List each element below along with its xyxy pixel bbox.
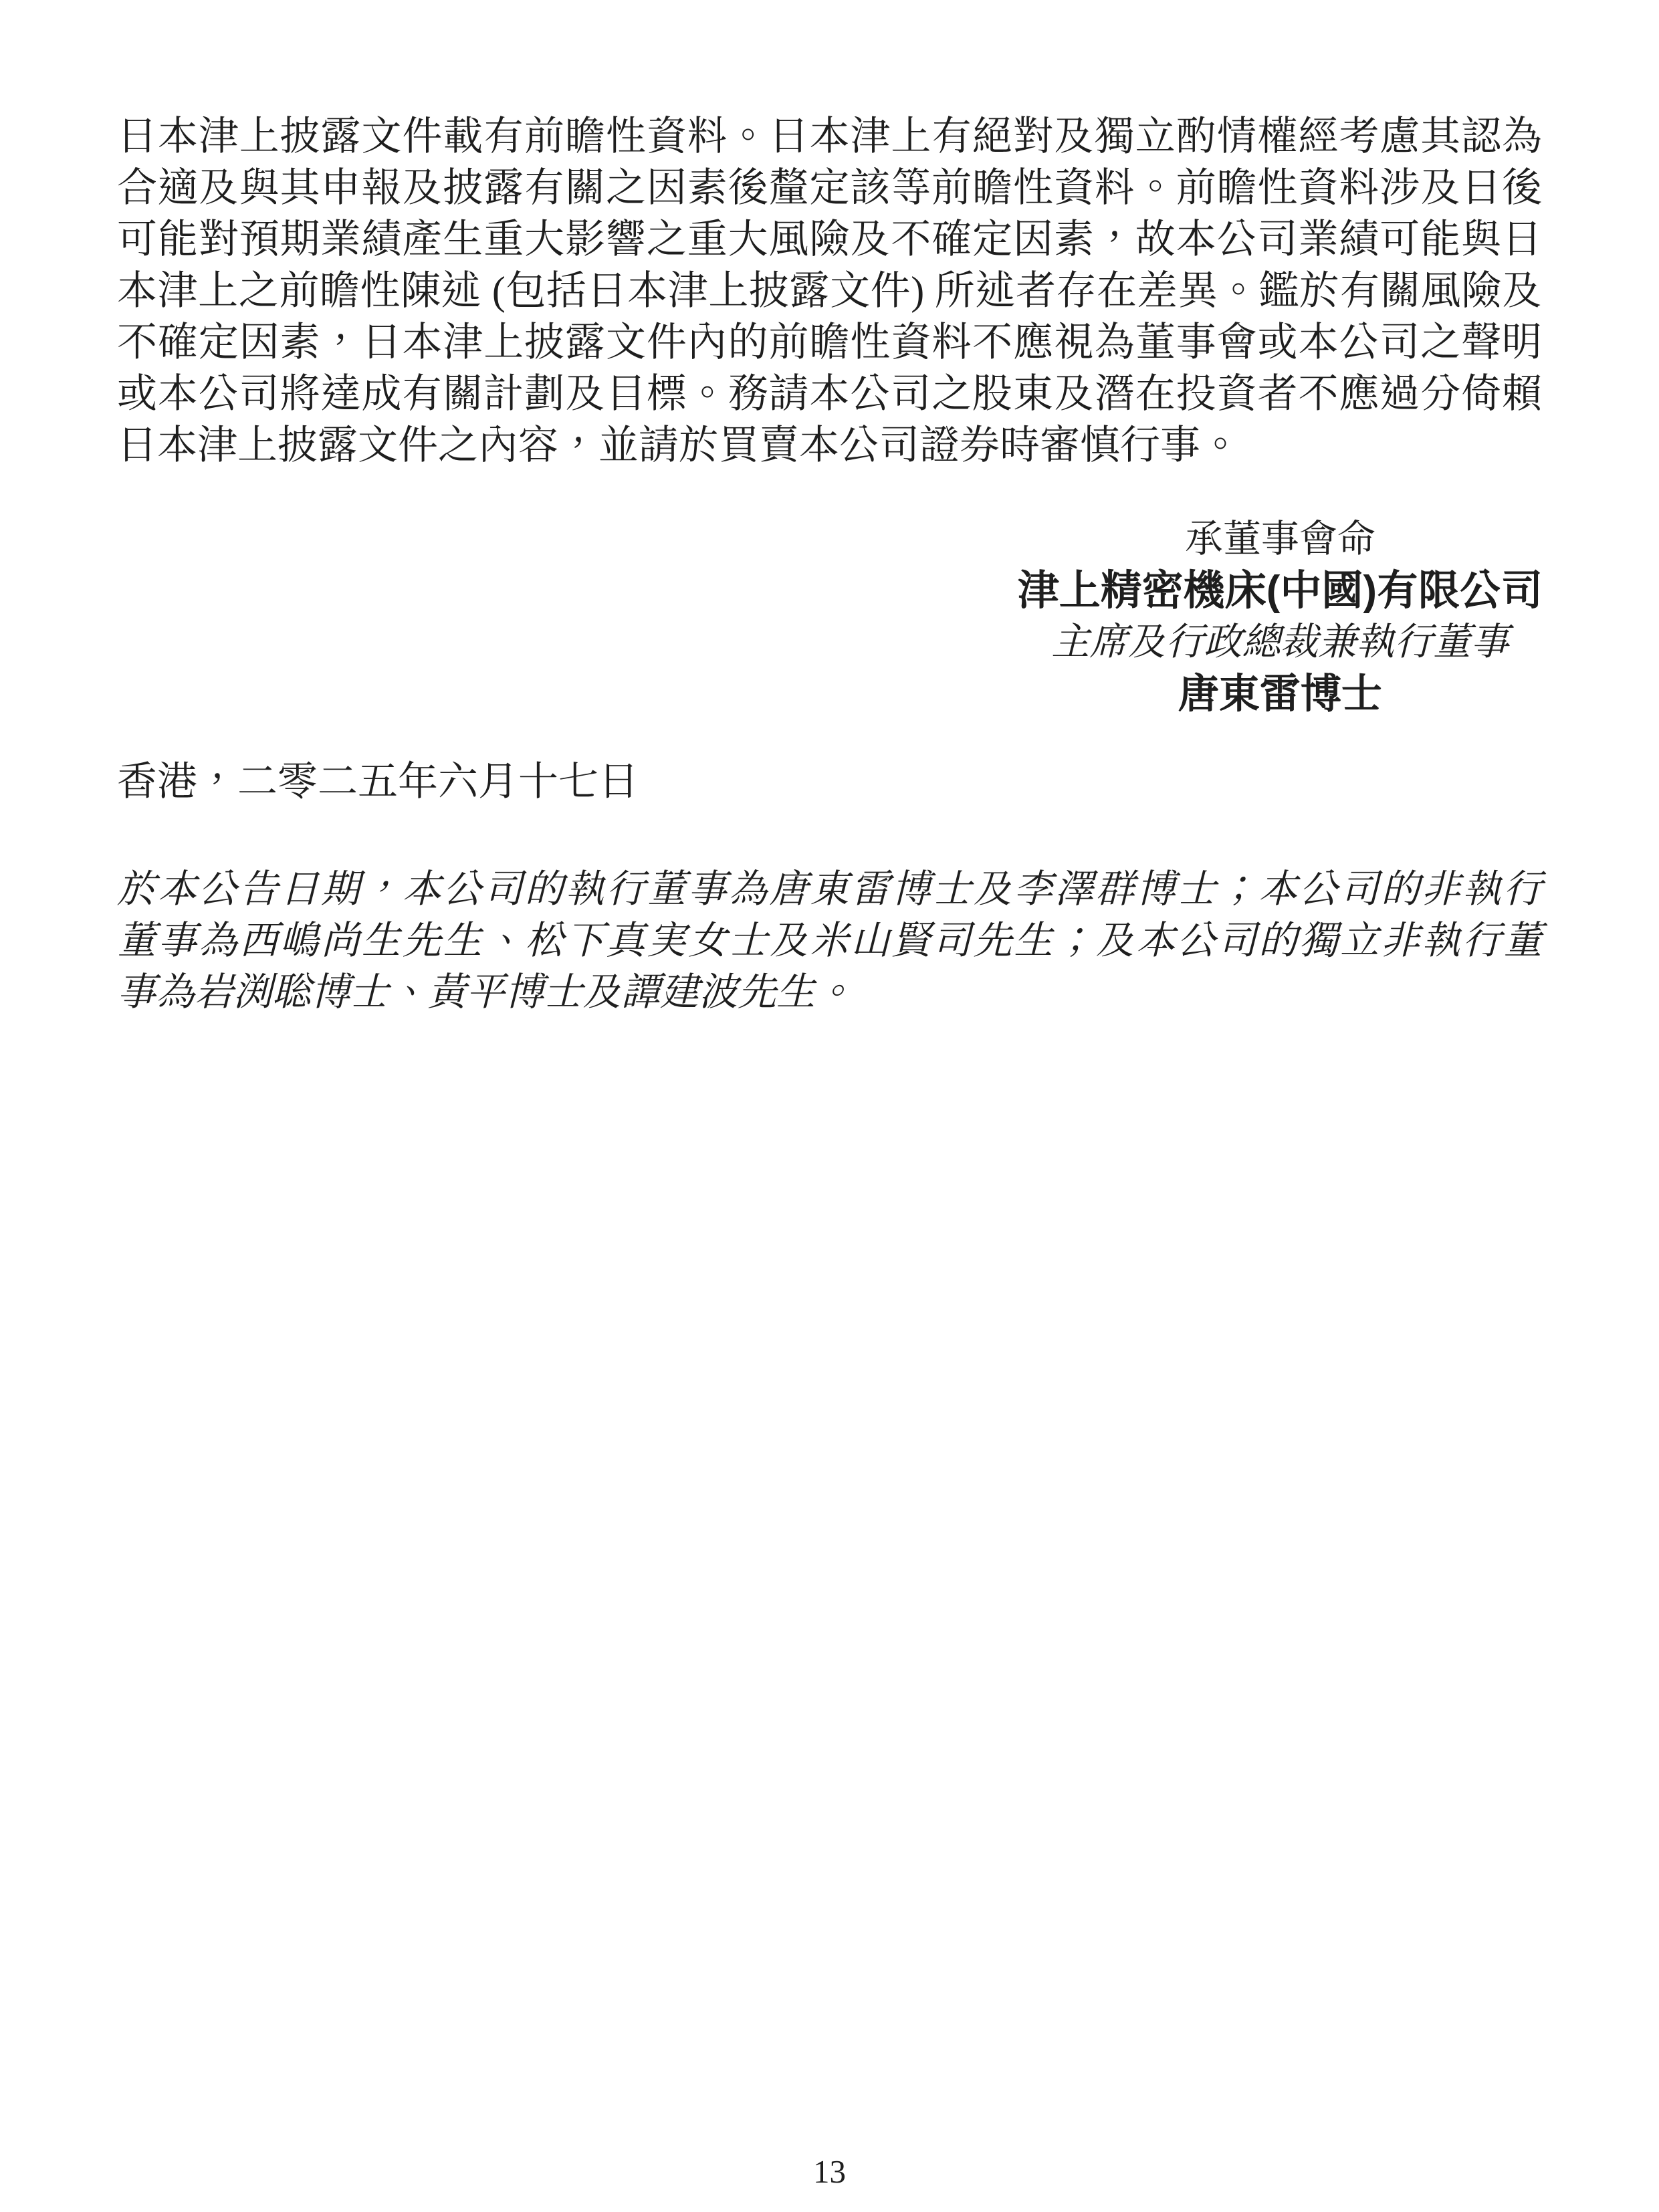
signatory-name: 唐東雷博士 xyxy=(1018,668,1543,720)
signatory-title: 主席及行政總裁兼執行董事 xyxy=(1018,617,1543,668)
disclaimer-line-5: 不確定因素，日本津上披露文件內的前瞻性資料不應視為董事會或本公司之聲明 xyxy=(117,317,1542,368)
signature-block: 承董事會命 津上精密機床(中國)有限公司 主席及行政總裁兼執行董事 唐東雷博士 xyxy=(1018,514,1543,720)
by-order-of-board-line: 承董事會命 xyxy=(1018,514,1543,565)
disclaimer-line-1: 日本津上披露文件載有前瞻性資料。日本津上有絕對及獨立酌情權經考慮其認為 xyxy=(117,111,1542,162)
disclaimer-line-3: 可能對預期業績產生重大影響之重大風險及不確定因素，故本公司業績可能與日 xyxy=(117,214,1542,265)
disclaimer-line-7: 日本津上披露文件之內容，並請於買賣本公司證券時審慎行事。 xyxy=(117,420,1542,471)
dateline: 香港，二零二五年六月十七日 xyxy=(117,756,639,808)
company-name: 津上精密機床(中國)有限公司 xyxy=(1018,565,1543,617)
directors-paragraph: 於本公告日期，本公司的執行董事為唐東雷博士及李澤群博士；本公司的非執行 董事為西… xyxy=(117,863,1542,1018)
disclaimer-line-2: 合適及與其申報及披露有關之因素後釐定該等前瞻性資料。前瞻性資料涉及日後 xyxy=(117,162,1542,214)
disclaimer-line-6: 或本公司將達成有關計劃及目標。務請本公司之股東及潛在投資者不應過分倚賴 xyxy=(117,368,1542,420)
directors-line-3: 事為岩渕聡博士、黃平博士及譚建波先生。 xyxy=(117,966,1542,1018)
page-number: 13 xyxy=(0,2152,1659,2191)
disclaimer-line-4: 本津上之前瞻性陳述 (包括日本津上披露文件) 所述者存在差異。鑑於有關風險及 xyxy=(117,265,1542,317)
directors-line-1: 於本公告日期，本公司的執行董事為唐東雷博士及李澤群博士；本公司的非執行 xyxy=(117,863,1542,915)
disclaimer-paragraph: 日本津上披露文件載有前瞻性資料。日本津上有絕對及獨立酌情權經考慮其認為 合適及與… xyxy=(117,111,1542,471)
directors-line-2: 董事為西嶋尚生先生、松下真実女士及米山賢司先生；及本公司的獨立非執行董 xyxy=(117,915,1542,966)
document-page: 日本津上披露文件載有前瞻性資料。日本津上有絕對及獨立酌情權經考慮其認為 合適及與… xyxy=(0,0,1659,2212)
